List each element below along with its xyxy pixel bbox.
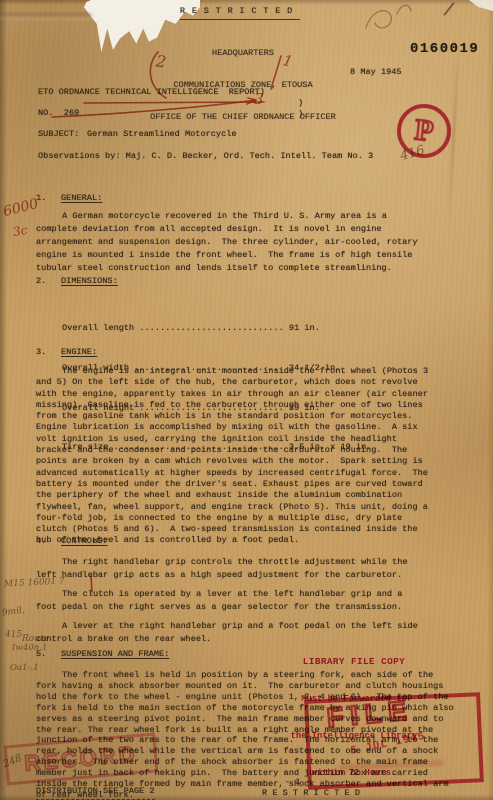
classification-text: R E S T R I C T E D [180,5,300,20]
paragraph-controls-1: The right handlebar grip controls the th… [36,556,428,582]
subject-row: SUBJECT: German Streamlined Motorcycle [38,128,237,141]
record-stamp-word: RECORD [23,741,138,777]
section-title: GENERAL: [61,193,102,203]
paragraph-engine: The engine is an integral unit mounted i… [36,366,434,547]
document-page: R E S T R I C T E D HEADQUARTERS COMMUNI… [0,0,493,800]
serial-number-stamp: 0160019 [410,43,479,56]
file-box-stamp: FILE 5 JUL 1945 [304,692,484,790]
paragraph-controls-2: The clutch is operated by a lever at the… [36,588,428,614]
file-stamp-date: 5 JUL 1945 [350,731,427,758]
subject-value: German Streamlined Motorcycle [87,128,237,141]
section-title: CONTROLS: [61,536,107,546]
report-number: NO. 269 [38,107,79,120]
pencil-margin-note-4: 415 [5,630,22,640]
pencil-margin-note-5: Iw40n.1 [12,643,47,653]
library-stamp-line: LIBRARY FILE COPY [284,656,424,668]
section-heading-general: 1.GENERAL: [36,193,102,203]
section-title: ENGINE: [61,347,97,357]
subject-label: SUBJECT: [38,128,87,141]
section-heading-suspension: 5.SUSPENSION AND FRAME: [36,649,169,659]
file-stamp-word: FILE [326,695,415,734]
red-pencil-figure-3: 3 [253,90,264,109]
dimension-line-length: Overall length .........................… [62,322,371,335]
letterhead-line-3: OFFICE OF THE CHIEF ORDNANCE OFFICER [53,112,433,123]
section-title: DIMENSIONS: [61,276,118,286]
classification-banner-top: R E S T R I C T E D [50,5,430,20]
pencil-margin-note-6: Oa1-.1 [10,663,39,673]
red-pencil-note-3c: 3c [12,223,29,239]
section-heading-engine: 3.ENGINE: [36,347,97,357]
stamp-ink-smudge [339,760,443,771]
section-number: 2. [36,276,61,286]
pencil-margin-note-2: 9mil, [1,605,25,618]
report-paren-3: ) [298,108,303,121]
document-date: 8 May 1945 [350,66,402,79]
section-title: SUSPENSION AND FRAME: [61,649,169,659]
section-number: 3. [36,347,61,357]
observations-line: Observations by: Maj. C. D. Becker, Ord.… [38,150,373,163]
section-number: 4. [36,536,61,546]
section-heading-dimensions: 2.DIMENSIONS: [36,276,118,286]
paragraph-general: A German motorcycle recovered in the Thi… [36,210,428,275]
red-pencil-note-6000: 6000 [2,196,40,220]
section-heading-controls: 4.CONTROLS: [36,536,107,546]
report-title: ETO ORDNANCE TECHNICAL INTELLIGENCE REPO… [38,86,265,99]
torn-corner-nick [467,0,493,11]
section-number: 1. [36,193,61,203]
distribution-note: DISTRIBUTION SEE PAGE 2 [36,785,155,800]
paper-crease-mark [443,2,454,16]
letterhead-line-1: HEADQUARTERS [53,48,433,59]
